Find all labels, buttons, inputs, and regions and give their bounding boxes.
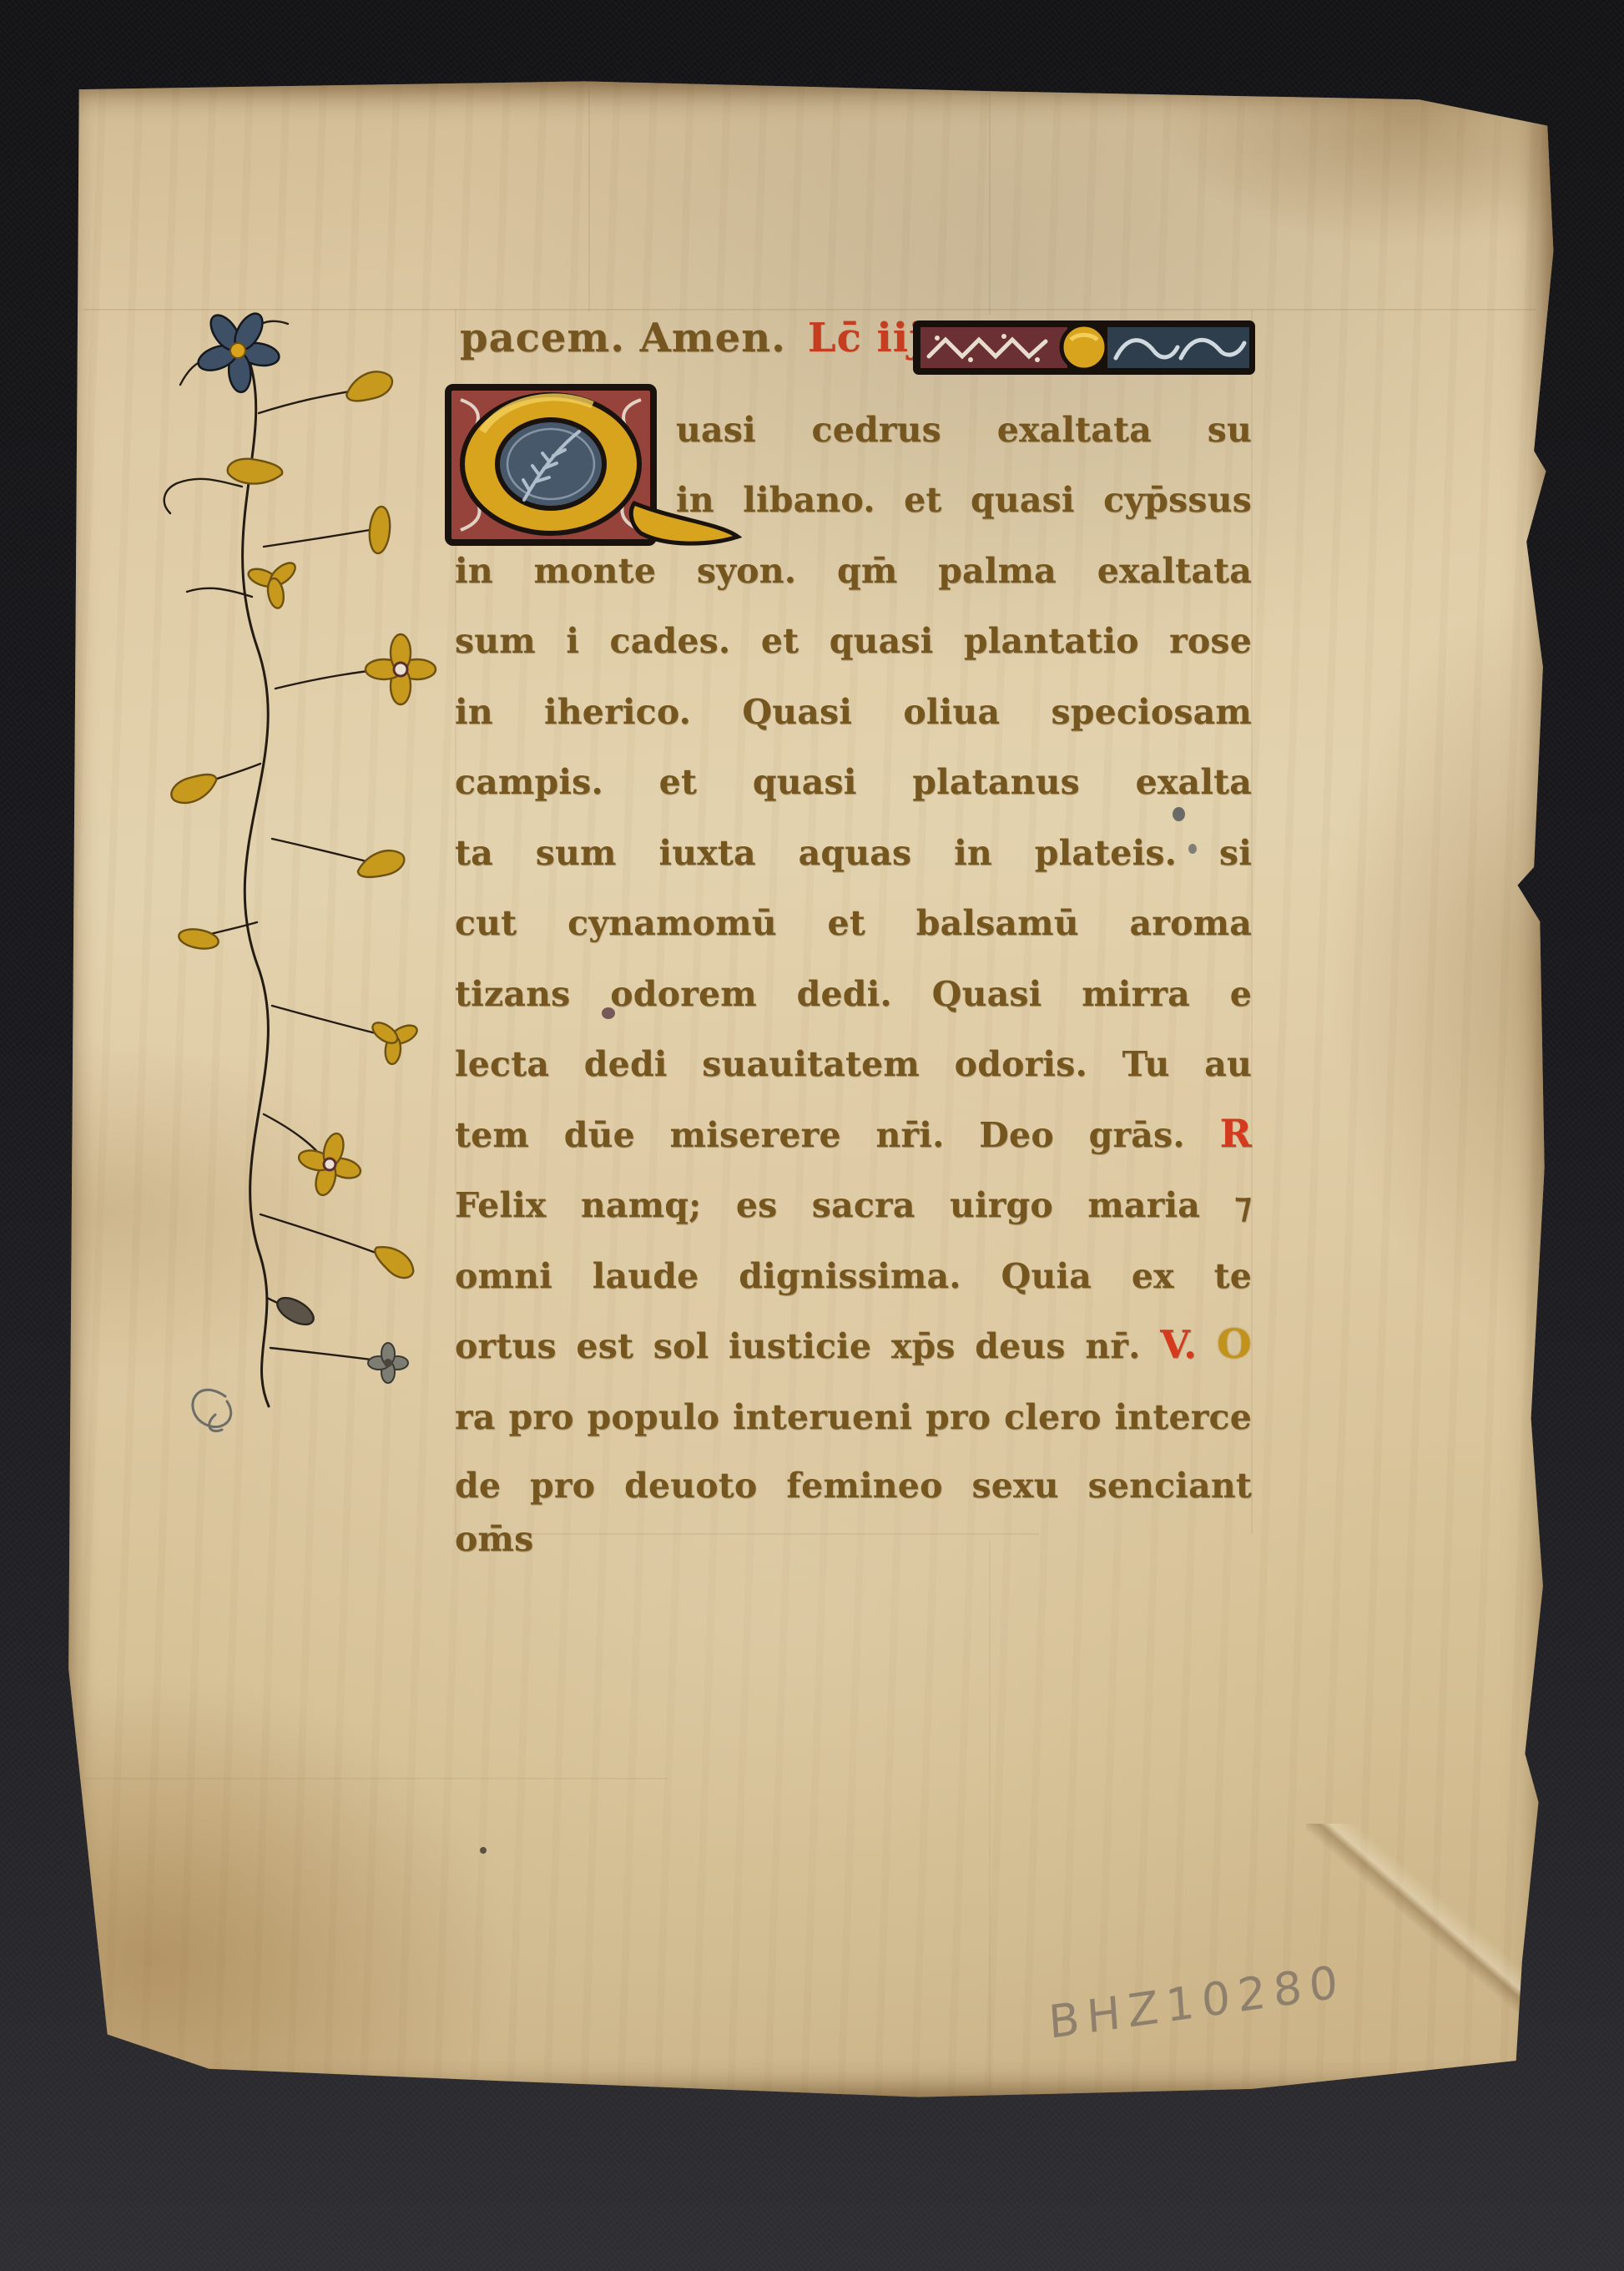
gray-flourish bbox=[193, 1390, 231, 1431]
photo-background: pacem. Amen. Lc̄ iij. bbox=[0, 0, 1624, 2271]
text-line: in iherico. Quasi oliua speciosam bbox=[455, 684, 1252, 736]
text-line: omni laude dignissima. Quia ex te bbox=[455, 1249, 1252, 1300]
text-block: uasi cedrus exaltata su in libano. et qu… bbox=[455, 79, 1252, 1540]
text-line: in monte syon. qm̄ palma exaltata bbox=[455, 543, 1252, 595]
floral-border-decoration bbox=[117, 296, 467, 1444]
text-line: tem dūe miserere nr̄i. Deo grās. R bbox=[455, 1108, 1252, 1159]
ruling-line-bottom bbox=[83, 1778, 668, 1779]
pencil-shelfmark: BHZ10280 bbox=[1047, 1955, 1347, 2049]
vellum-crease bbox=[1306, 1824, 1581, 2041]
text-line: sum i cades. et quasi plantatio rose bbox=[455, 613, 1252, 665]
text-line: de pro deuoto femineo sexu senciant om̄s bbox=[455, 1460, 1252, 1511]
text-line: uasi cedrus exaltata su bbox=[455, 402, 1252, 454]
text-line: ra pro populo interueni pro clero interc… bbox=[455, 1390, 1252, 1441]
fold-crease-line bbox=[989, 1540, 991, 2087]
text-line: lecta dedi suauitatem odoris. Tu au bbox=[455, 1037, 1252, 1088]
text-line: in libano. et quasi cyp̄ssus bbox=[455, 472, 1252, 524]
text-line: Felix namq; es sacra uirgo maria ⁊ bbox=[455, 1178, 1252, 1229]
text-line: ta sum iuxta aquas in plateis. si bbox=[455, 825, 1252, 877]
text-line: campis. et quasi platanus exalta bbox=[455, 754, 1252, 806]
text-line: tizans odorem dedi. Quasi mirra e bbox=[455, 966, 1252, 1018]
manuscript-leaf: pacem. Amen. Lc̄ iij. bbox=[63, 79, 1556, 2099]
text-line: ortus est sol iusticie xp̄s deus nr̄. V.… bbox=[455, 1319, 1252, 1370]
ink-speck bbox=[480, 1847, 487, 1854]
text-line: cut cynamomū et balsamū aroma bbox=[455, 896, 1252, 947]
